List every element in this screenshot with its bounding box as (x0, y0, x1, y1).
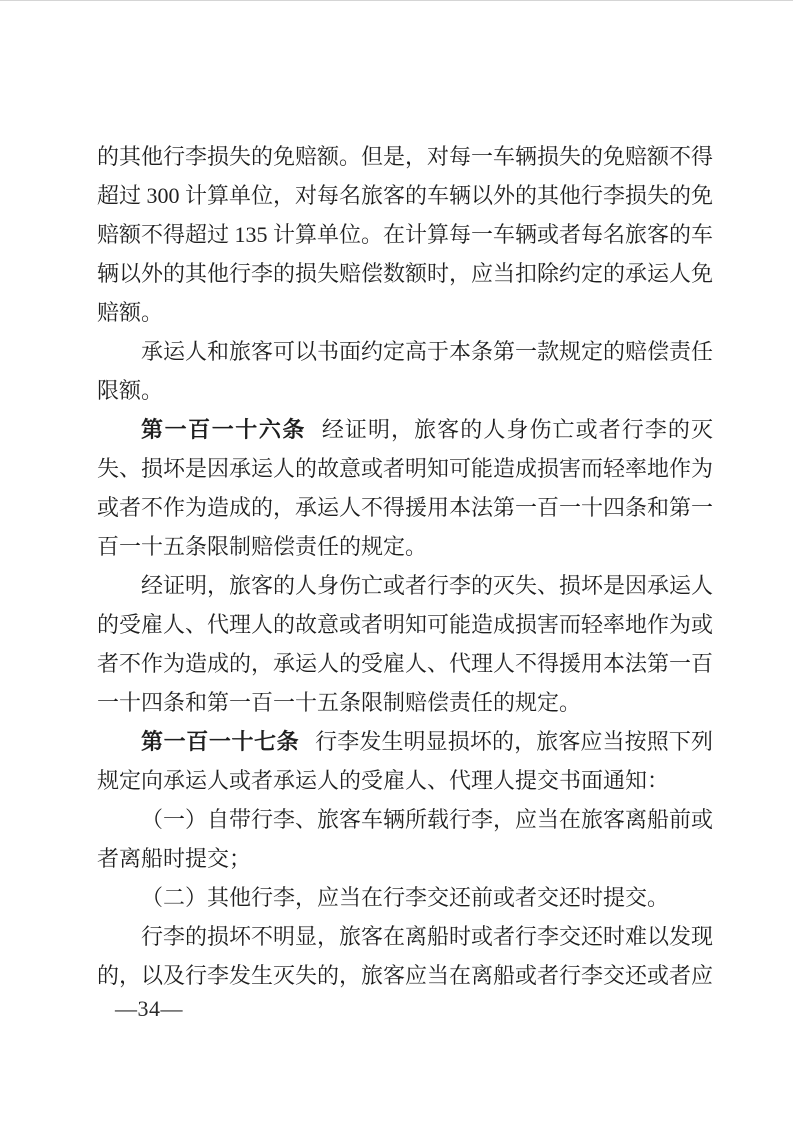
paragraph-text: 经证明，旅客的人身伤亡或者行李的灭失、损坏是因承运人的受雇人、代理人的故意或者明… (97, 573, 713, 715)
paragraph-list-item-1: （一）自带行李、旅客车辆所载行李，应当在旅客离船前或者离船时提交； (97, 800, 713, 878)
page-number: —34— (115, 996, 183, 1022)
article-number: 第一百一十七条 (141, 729, 299, 754)
paragraph-article-117: 第一百一十七条行李发生明显损坏的，旅客应当按照下列规定向承运人或者承运人的受雇人… (97, 722, 713, 800)
text-block: 的其他行李损失的免赔额。但是，对每一车辆损失的免赔额不得超过 300 计算单位，… (97, 137, 713, 995)
paragraph-list-item-2: （二）其他行李，应当在行李交还前或者交还时提交。 (97, 878, 713, 917)
scan-edge-artifact (0, 0, 793, 1)
paragraph: 的其他行李损失的免赔额。但是，对每一车辆损失的免赔额不得超过 300 计算单位，… (97, 137, 713, 332)
document-page: 的其他行李损失的免赔额。但是，对每一车辆损失的免赔额不得超过 300 计算单位，… (0, 0, 793, 1122)
paragraph-text: 行李的损坏不明显，旅客在离船时或者行李交还时难以发现的，以及行李发生灭失的，旅客… (97, 924, 713, 988)
paragraph: 行李的损坏不明显，旅客在离船时或者行李交还时难以发现的，以及行李发生灭失的，旅客… (97, 917, 713, 995)
paragraph-text: （一）自带行李、旅客车辆所载行李，应当在旅客离船前或者离船时提交； (97, 807, 713, 871)
paragraph: 承运人和旅客可以书面约定高于本条第一款规定的赔偿责任限额。 (97, 332, 713, 410)
paragraph: 经证明，旅客的人身伤亡或者行李的灭失、损坏是因承运人的受雇人、代理人的故意或者明… (97, 566, 713, 722)
paragraph-text: （二）其他行李，应当在行李交还前或者交还时提交。 (141, 885, 669, 910)
paragraph-text: 的其他行李损失的免赔额。但是，对每一车辆损失的免赔额不得超过 300 计算单位，… (97, 144, 713, 325)
article-number: 第一百一十六条 (141, 417, 306, 442)
paragraph-article-116: 第一百一十六条经证明，旅客的人身伤亡或者行李的灭失、损坏是因承运人的故意或者明知… (97, 410, 713, 566)
paragraph-text: 承运人和旅客可以书面约定高于本条第一款规定的赔偿责任限额。 (97, 339, 713, 403)
